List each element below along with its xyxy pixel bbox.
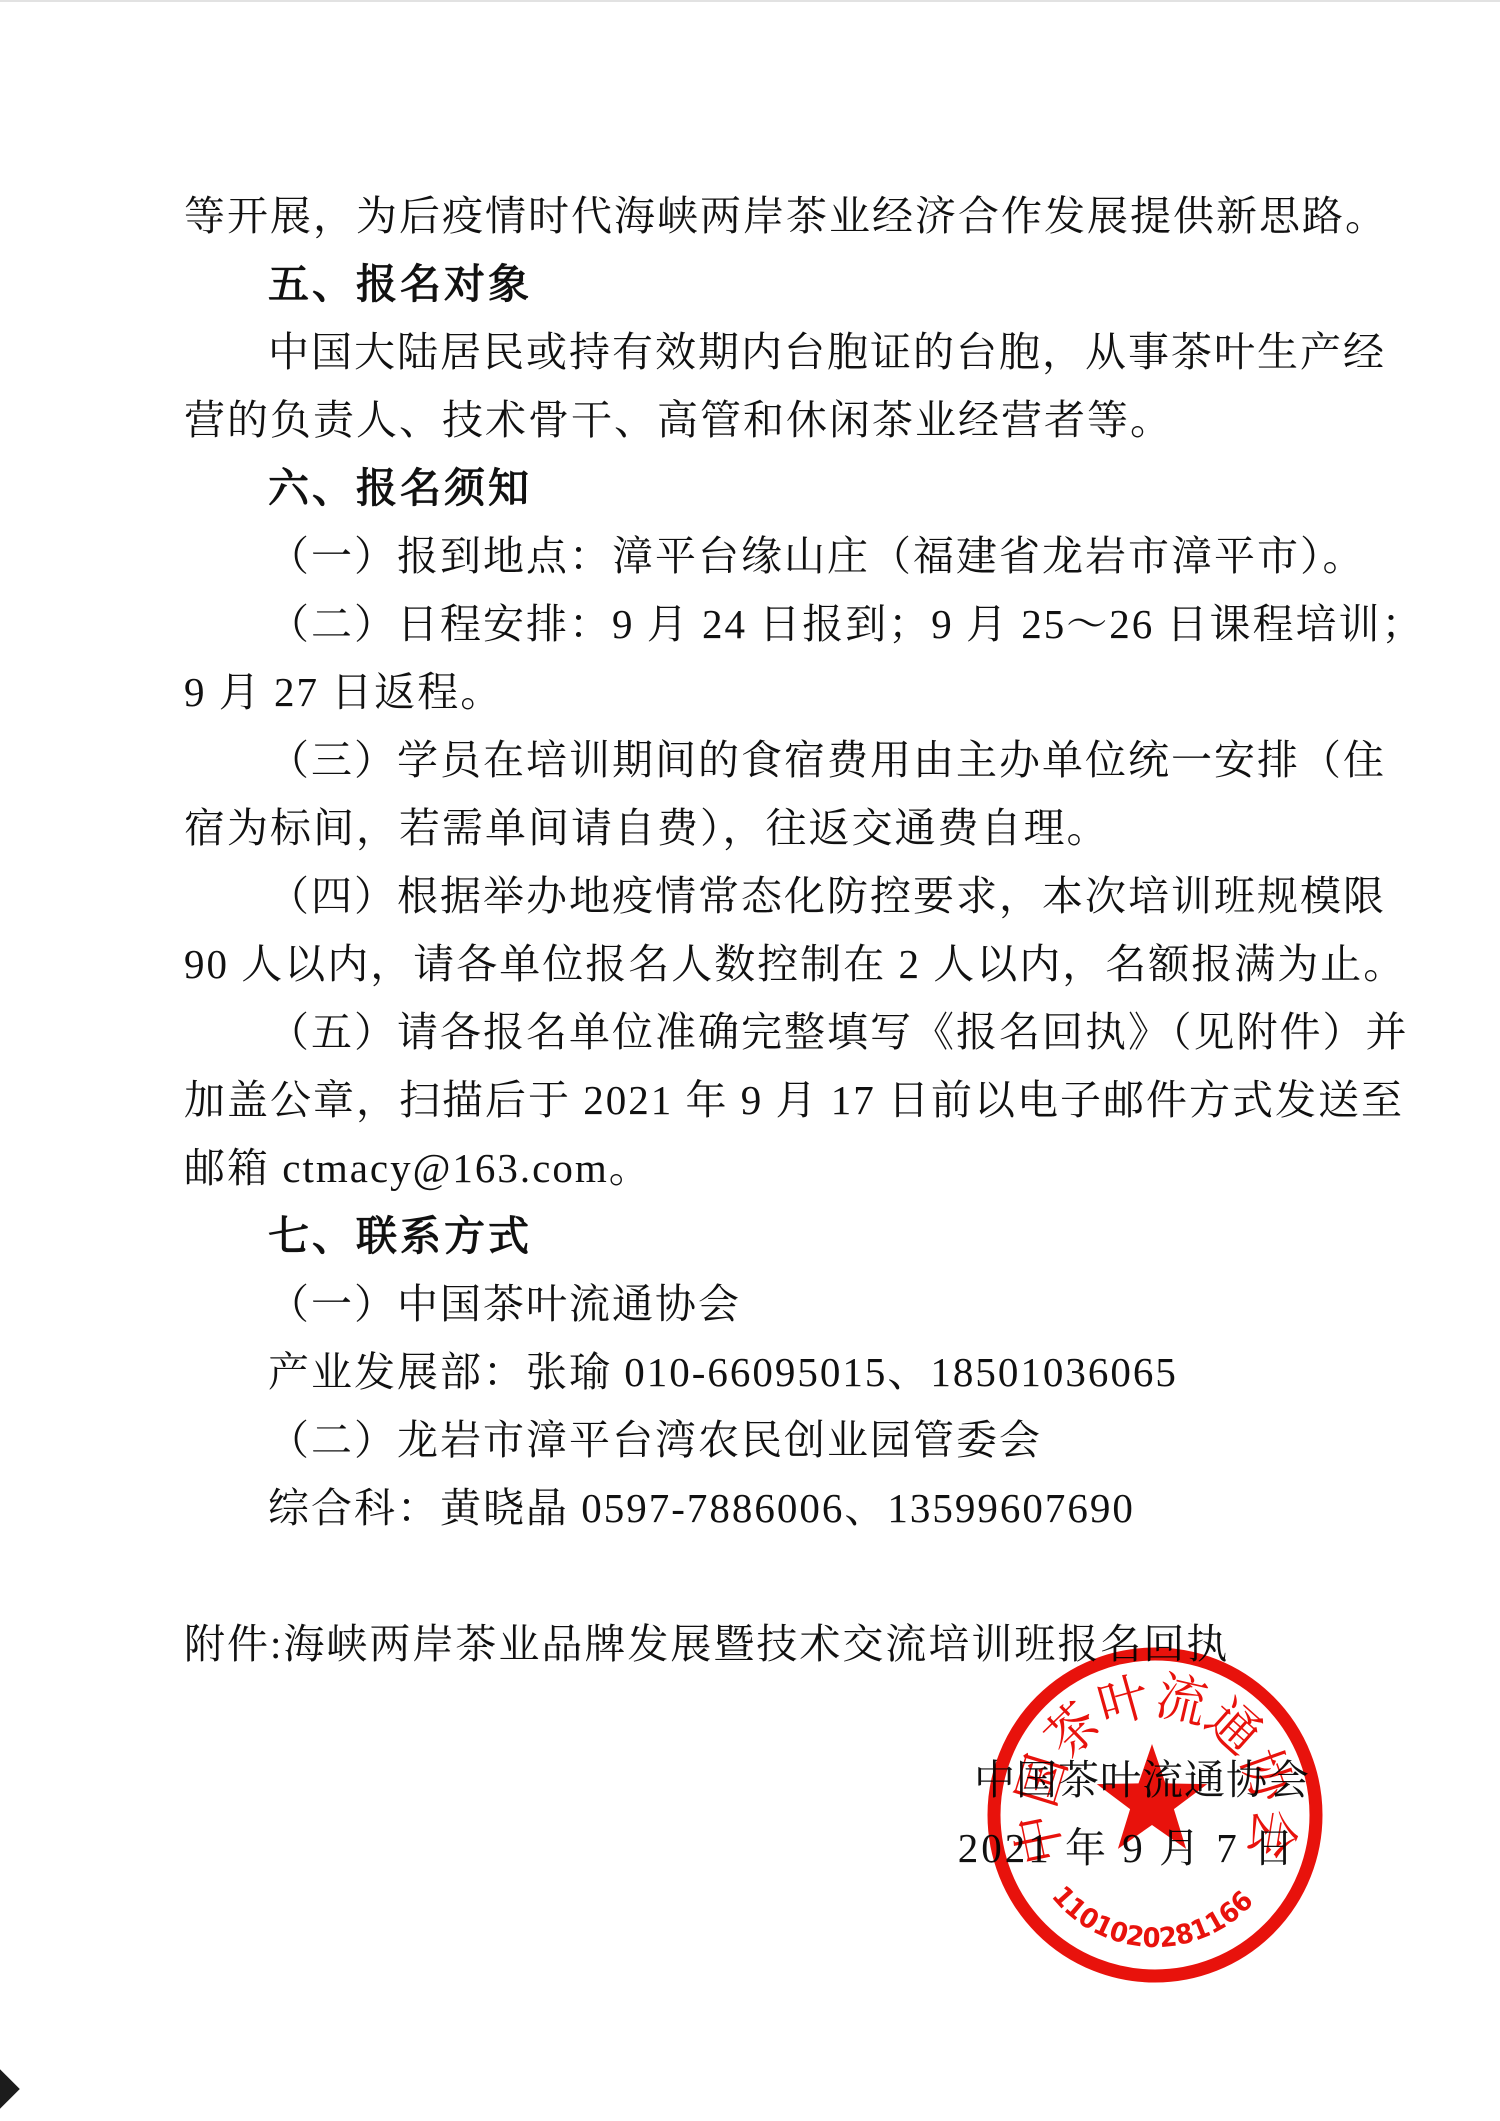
text-line: 9 月 27 日返程。 — [0, 658, 1500, 726]
text-line: （四）根据举办地疫情常态化防控要求，本次培训班规模限 — [0, 862, 1500, 930]
text-line: 七、联系方式 — [0, 1202, 1500, 1270]
text-line: 邮箱 ctmacy@163.com。 — [0, 1134, 1500, 1202]
scan-artifact — [0, 2069, 20, 2109]
text-line: 营的负责人、技术骨干、高管和休闲茶业经营者等。 — [0, 386, 1500, 454]
text-line: 等开展，为后疫情时代海峡两岸茶业经济合作发展提供新思路。 — [0, 182, 1500, 250]
text-line: （五）请各报名单位准确完整填写《报名回执》（见附件）并 — [0, 998, 1500, 1066]
text-line: 产业发展部：张瑜 010-66095015、18501036065 — [0, 1338, 1500, 1406]
text-line: 中国大陆居民或持有效期内台胞证的台胞，从事茶叶生产经 — [0, 318, 1500, 386]
text-line: 六、报名须知 — [0, 454, 1500, 522]
text-line: 综合科：黄晓晶 0597-7886006、13599607690 — [0, 1474, 1500, 1542]
text-line: （二）日程安排：9 月 24 日报到；9 月 25～26 日课程培训； — [0, 590, 1500, 658]
seal-star-icon — [1097, 1744, 1207, 1849]
text-line — [0, 1542, 1500, 1610]
text-line: （三）学员在培训期间的食宿费用由主办单位统一安排（住 — [0, 726, 1500, 794]
text-line: 宿为标间，若需单间请自费），往返交通费自理。 — [0, 794, 1500, 862]
document-page: 等开展，为后疫情时代海峡两岸茶业经济合作发展提供新思路。五、报名对象中国大陆居民… — [0, 0, 1500, 2121]
text-line: （一）中国茶叶流通协会 — [0, 1270, 1500, 1338]
official-seal: 中国茶叶流通协会 1101020281166 — [955, 1615, 1355, 2015]
text-line: 90 人以内，请各单位报名人数控制在 2 人以内，名额报满为止。 — [0, 930, 1500, 998]
seal-serial-number: 1101020281166 — [1046, 1880, 1260, 1954]
text-line: 五、报名对象 — [0, 250, 1500, 318]
text-line: 加盖公章，扫描后于 2021 年 9 月 17 日前以电子邮件方式发送至 — [0, 1066, 1500, 1134]
text-line: （二）龙岩市漳平台湾农民创业园管委会 — [0, 1406, 1500, 1474]
text-line: （一）报到地点：漳平台缘山庄（福建省龙岩市漳平市）。 — [0, 522, 1500, 590]
